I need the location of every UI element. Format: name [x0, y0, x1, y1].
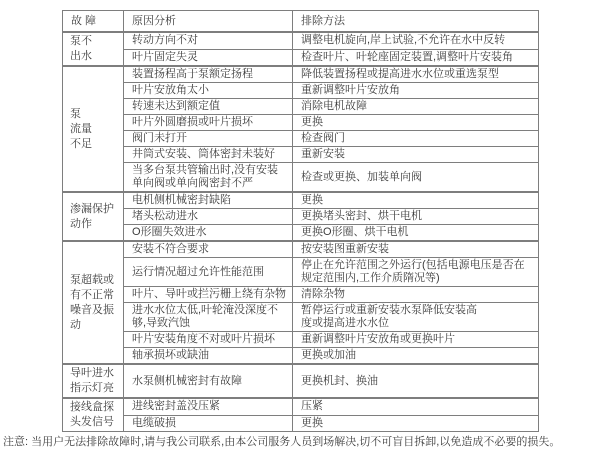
remedy-cell: 降低装置扬程或提高进水水位或重选泵型: [293, 66, 539, 83]
fault-cell-pump-no-water: 泵不 出水: [63, 32, 124, 66]
cause-cell: 安装不符合要求: [124, 241, 293, 258]
table-row: 泵超载或 有不正常 噪音及振 动 安装不符合要求 按安装图重新安装: [63, 241, 539, 258]
remedy-cell: 更换或加油: [293, 348, 539, 365]
table-row: 阀门未打开 检查阀门: [63, 131, 539, 147]
remedy-cell: 更换: [293, 192, 539, 209]
remedy-cell: 检查阀门: [293, 131, 539, 147]
table-row: 电缆破损 更换: [63, 415, 539, 432]
fault-cell-low-flow: 泵 流量 不足: [63, 66, 124, 192]
cause-cell: 阀门未打开: [124, 131, 293, 147]
remedy-cell: 压紧: [293, 398, 539, 415]
remedy-cell: 消除电机故障: [293, 99, 539, 115]
col-header-remedy: 排除方法: [293, 11, 539, 33]
table-row: 进水水位太低,叶轮淹没深度不 够,导致汽蚀 暂停运行或重新安装水泵降低安装高 度…: [63, 303, 539, 332]
table-row: 轴承损坏或缺油 更换或加油: [63, 348, 539, 365]
troubleshooting-table: 故 障 原因分析 排除方法 泵不 出水 转动方向不对 调整电机旋向,岸上试验,不…: [62, 10, 539, 432]
table-row: O形圈失效进水 更换O形圈、烘干电机: [63, 225, 539, 242]
remedy-cell: 更换机封、换油: [293, 364, 539, 398]
fault-cell-junction-box-signal: 接线盒探 头发信号: [63, 398, 124, 432]
table-row: 叶片安装角度不对或叶片损坏 重新调整叶片安放角或更换叶片: [63, 332, 539, 348]
remedy-cell: 更换堵头密封、烘干电机: [293, 209, 539, 225]
table-row: 泵 流量 不足 装置扬程高于泵额定扬程 降低装置扬程或提高进水水位或重选泵型: [63, 66, 539, 83]
table-row: 泵不 出水 转动方向不对 调整电机旋向,岸上试验,不允许在水中反转: [63, 32, 539, 49]
table-row: 叶片外圆磨损或叶片损坏 更换: [63, 115, 539, 131]
table-row: 运行情况超过允许性能范围 停止在允许范围之外运行(包括电源电压是否在 规定范围内…: [63, 258, 539, 287]
fault-cell-leak-protection: 渗漏保护 动作: [63, 192, 124, 241]
table-row: 堵头松动进水 更换堵头密封、烘干电机: [63, 209, 539, 225]
remedy-cell: 检查或更换、加装单向阀: [293, 163, 539, 193]
cause-cell: 叶片安放角太小: [124, 83, 293, 99]
table-row: 渗漏保护 动作 电机侧机械密封缺陷 更换: [63, 192, 539, 209]
table-row: 当多台泵共管输出时,没有安装 单向阀或单向阀密封不严 检查或更换、加装单向阀: [63, 163, 539, 193]
remedy-cell: 停止在允许范围之外运行(包括电源电压是否在 规定范围内,工作介质隋况等): [293, 258, 539, 287]
manual-page: 故 障 原因分析 排除方法 泵不 出水 转动方向不对 调整电机旋向,岸上试验,不…: [0, 0, 600, 450]
cause-cell: O形圈失效进水: [124, 225, 293, 242]
cause-cell: 运行情况超过允许性能范围: [124, 258, 293, 287]
remedy-cell: 调整电机旋向,岸上试验,不允许在水中反转: [293, 32, 539, 49]
cause-cell: 电机侧机械密封缺陷: [124, 192, 293, 209]
remedy-cell: 重新调整叶片安放角或更换叶片: [293, 332, 539, 348]
cause-cell: 水泵侧机械密封有故障: [124, 364, 293, 398]
header-row: 故 障 原因分析 排除方法: [63, 11, 539, 33]
table-row: 接线盒探 头发信号 进线密封盖没压紧 压紧: [63, 398, 539, 415]
col-header-cause: 原因分析: [124, 11, 293, 33]
table-row: 叶片、导叶或拦污栅上绕有杂物 清除杂物: [63, 287, 539, 303]
remedy-cell: 更换O形圈、烘干电机: [293, 225, 539, 242]
footer-note: 注意: 当用户无法排除故障时,请与我公司联系,由本公司服务人员到场解决,切不可盲…: [3, 436, 560, 449]
cause-cell: 装置扬程高于泵额定扬程: [124, 66, 293, 83]
cause-cell: 轴承损坏或缺油: [124, 348, 293, 365]
table-row: 叶片安放角太小 重新调整叶片安放角: [63, 83, 539, 99]
col-header-fault: 故 障: [63, 11, 124, 33]
table-body: 泵不 出水 转动方向不对 调整电机旋向,岸上试验,不允许在水中反转 叶片固定失灵…: [63, 32, 539, 432]
remedy-cell: 暂停运行或重新安装水泵降低安装高 度或提高进水水位: [293, 303, 539, 332]
remedy-cell: 清除杂物: [293, 287, 539, 303]
remedy-cell: 按安装图重新安装: [293, 241, 539, 258]
cause-cell: 转动方向不对: [124, 32, 293, 49]
table-row: 井筒式安装、筒体密封未装好 重新安装: [63, 147, 539, 163]
cause-cell: 堵头松动进水: [124, 209, 293, 225]
table-row: 导叶进水 指示灯亮 水泵侧机械密封有故障 更换机封、换油: [63, 364, 539, 398]
remedy-cell: 更换: [293, 115, 539, 131]
table-header: 故 障 原因分析 排除方法: [63, 11, 539, 33]
cause-cell: 叶片固定失灵: [124, 49, 293, 66]
cause-cell: 叶片外圆磨损或叶片损坏: [124, 115, 293, 131]
remedy-cell: 更换: [293, 415, 539, 432]
fault-cell-guide-vane-light: 导叶进水 指示灯亮: [63, 364, 124, 398]
remedy-cell: 重新调整叶片安放角: [293, 83, 539, 99]
table-row: 叶片固定失灵 检查叶片、叶轮座固定装置,调整叶片安装角: [63, 49, 539, 66]
cause-cell: 叶片、导叶或拦污栅上绕有杂物: [124, 287, 293, 303]
cause-cell: 电缆破损: [124, 415, 293, 432]
cause-cell: 叶片安装角度不对或叶片损坏: [124, 332, 293, 348]
remedy-cell: 重新安装: [293, 147, 539, 163]
table-row: 转速未达到额定值 消除电机故障: [63, 99, 539, 115]
cause-cell: 进水水位太低,叶轮淹没深度不 够,导致汽蚀: [124, 303, 293, 332]
fault-cell-overload-noise: 泵超载或 有不正常 噪音及振 动: [63, 241, 124, 364]
cause-cell: 进线密封盖没压紧: [124, 398, 293, 415]
cause-cell: 转速未达到额定值: [124, 99, 293, 115]
remedy-cell: 检查叶片、叶轮座固定装置,调整叶片安装角: [293, 49, 539, 66]
cause-cell: 井筒式安装、筒体密封未装好: [124, 147, 293, 163]
cause-cell: 当多台泵共管输出时,没有安装 单向阀或单向阀密封不严: [124, 163, 293, 193]
